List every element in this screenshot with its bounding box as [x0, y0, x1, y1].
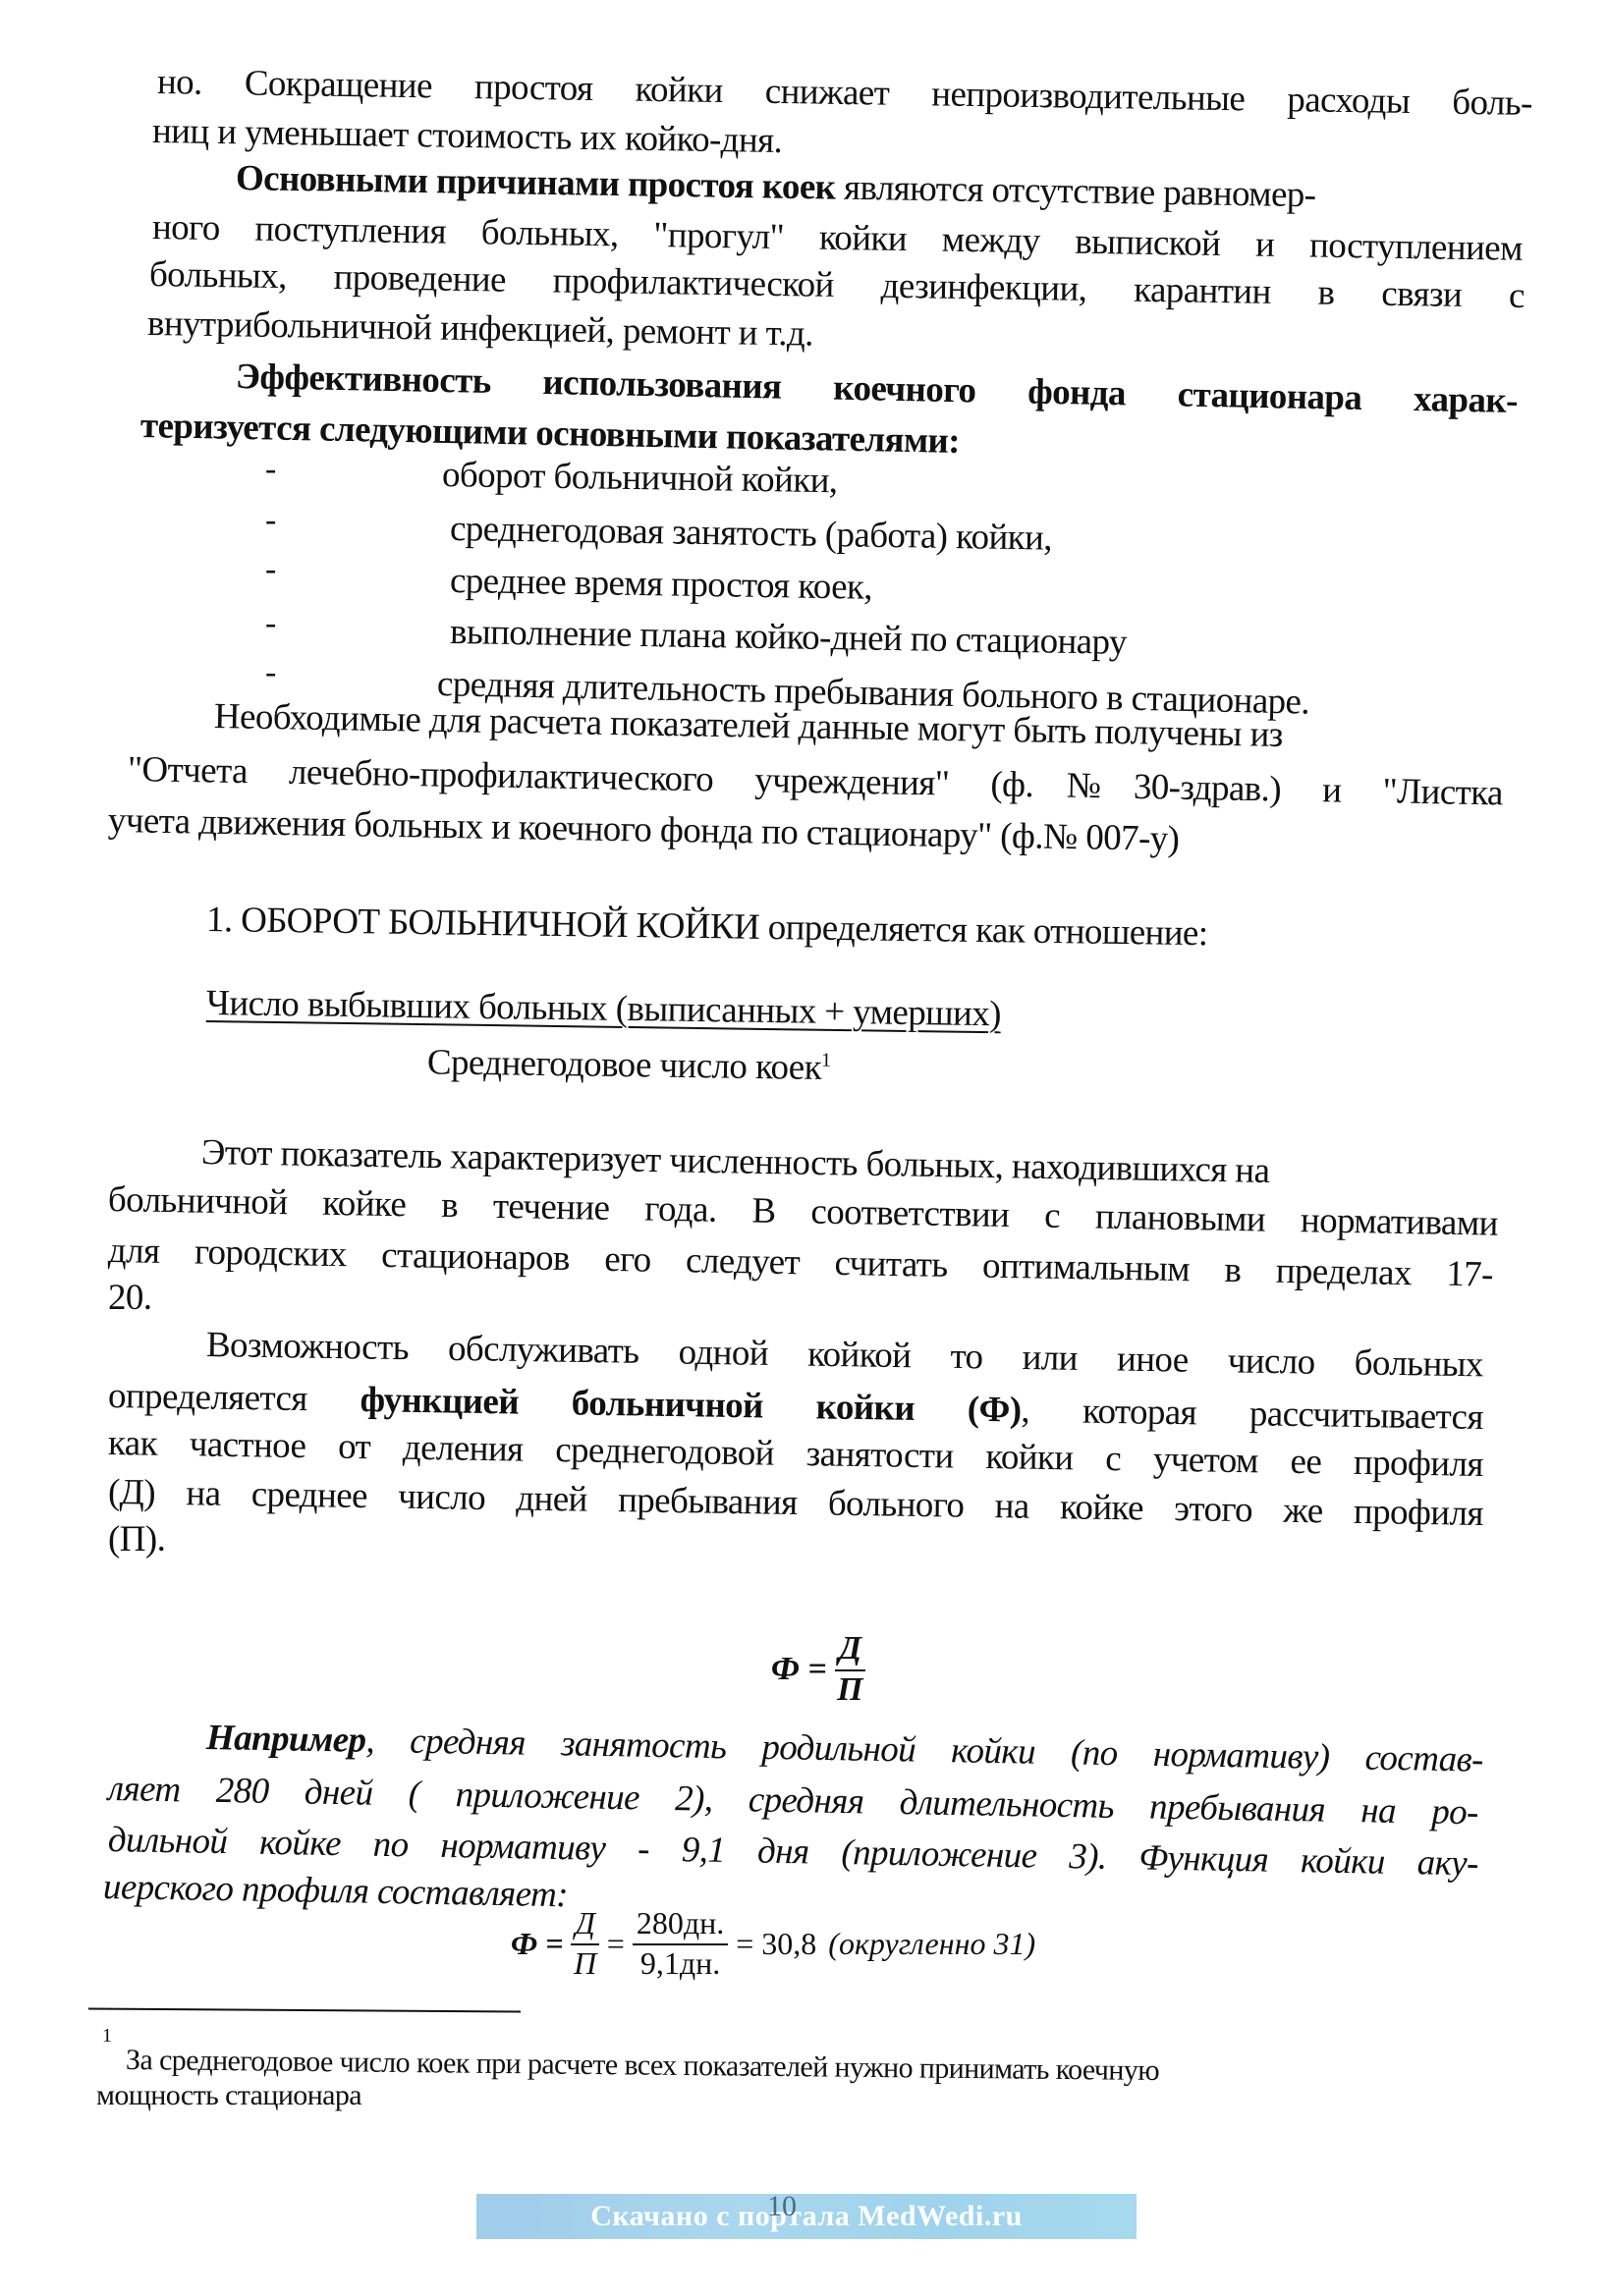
- list-item: выполнение плана койко-дней по стационар…: [450, 611, 1128, 665]
- footnote-divider: [88, 2007, 521, 2012]
- formula2-fraction-1: Д П: [571, 1905, 598, 1982]
- formula2-result: = 30,8: [736, 1926, 816, 1962]
- formula2-frac2-denominator: 9,1дн.: [640, 1945, 720, 1982]
- footnote-line-2: мощность стационара: [96, 2074, 361, 2117]
- formula-function-definition: Ф = Д П: [771, 1630, 865, 1709]
- list-item: оборот больничной койки,: [442, 454, 838, 503]
- paragraph-5-line-4: 20.: [108, 1277, 151, 1320]
- causes-bold-lead: Основными причинами простоя коек: [236, 158, 836, 208]
- section-1-heading-rest: определяется как отношение:: [759, 907, 1208, 954]
- denominator-text: Среднегодовое число коек: [427, 1042, 822, 1088]
- document-page: но. Сокращение простоя койки снижает неп…: [0, 0, 1609, 2296]
- formula2-fraction-2: 280дн. 9,1дн.: [633, 1905, 728, 1982]
- formula2-rounded-note: (округленно 31): [828, 1926, 1035, 1962]
- example-line-1-rest: , средняя занятость родильной койки (по …: [365, 1721, 1483, 1780]
- p6-line2-end: , которая рассчитывается: [1021, 1391, 1483, 1438]
- formula-lhs: Ф =: [771, 1651, 827, 1688]
- paragraph-4-line-3: учета движения больных и коечного фонда …: [108, 799, 1180, 861]
- watermark-text: Скачано с портала MedWedi.ru: [590, 2200, 1023, 2233]
- list-item: среднее время простоя коек,: [450, 560, 873, 610]
- formula2-lhs: Ф =: [511, 1926, 563, 1962]
- p6-line2-start: определяется: [108, 1376, 361, 1420]
- formula-example-calculation: Ф = Д П = 280дн. 9,1дн. = 30,8 (округлен…: [511, 1905, 1035, 1982]
- turnover-fraction-denominator: Среднегодовое число коек1: [427, 1033, 831, 1090]
- bed-function-bold: функцией больничной койки (Ф): [360, 1380, 1022, 1431]
- list-item: среднегодовая занятость (работа) койки,: [450, 508, 1053, 561]
- example-line-4: иерского профиля составляет:: [103, 1866, 569, 1917]
- paragraph-6-line-5: (П).: [108, 1518, 165, 1561]
- paragraph-2-line-1: Основными причинами простоя коек являютс…: [236, 157, 1316, 217]
- list-bullet: -: [265, 653, 276, 692]
- formula2-equals: =: [607, 1926, 625, 1962]
- causes-line-rest: являются отсутствие равномер-: [835, 168, 1316, 216]
- turnover-fraction-numerator: Число выбывших больных (выписанных + уме…: [206, 982, 1001, 1036]
- formula2-frac2-numerator: 280дн.: [633, 1905, 728, 1945]
- list-bullet: -: [265, 604, 276, 643]
- paragraph-6-line-1: Возможность обслуживать одной койкой то …: [206, 1324, 1484, 1387]
- formula-fraction: Д П: [835, 1630, 865, 1709]
- list-bullet: -: [265, 501, 276, 540]
- formula2-frac1-denominator: П: [574, 1945, 596, 1982]
- section-1-heading-caps: 1. ОБОРОТ БОЛЬНИЧНОЙ КОЙКИ: [206, 900, 760, 948]
- footnote-mark: 1: [102, 2025, 112, 2048]
- example-bold-lead: Например: [206, 1718, 366, 1761]
- page-number: 10: [767, 2190, 797, 2223]
- formula-numerator: Д: [835, 1630, 865, 1671]
- section-1-heading: 1. ОБОРОТ БОЛЬНИЧНОЙ КОЙКИ определяется …: [206, 899, 1208, 956]
- list-bullet: -: [265, 550, 276, 589]
- list-bullet: -: [265, 450, 276, 489]
- watermark-banner: Скачано с портала MedWedi.ru: [476, 2194, 1137, 2239]
- footnote-mark: 1: [821, 1050, 831, 1071]
- formula2-frac1-numerator: Д: [571, 1905, 598, 1945]
- formula-denominator: П: [837, 1671, 862, 1709]
- paragraph-1-line-2: ниц и уменьшает стоимость их койко-дня.: [152, 110, 783, 163]
- paragraph-2-line-4: внутрибольничной инфекцией, ремонт и т.д…: [147, 302, 814, 356]
